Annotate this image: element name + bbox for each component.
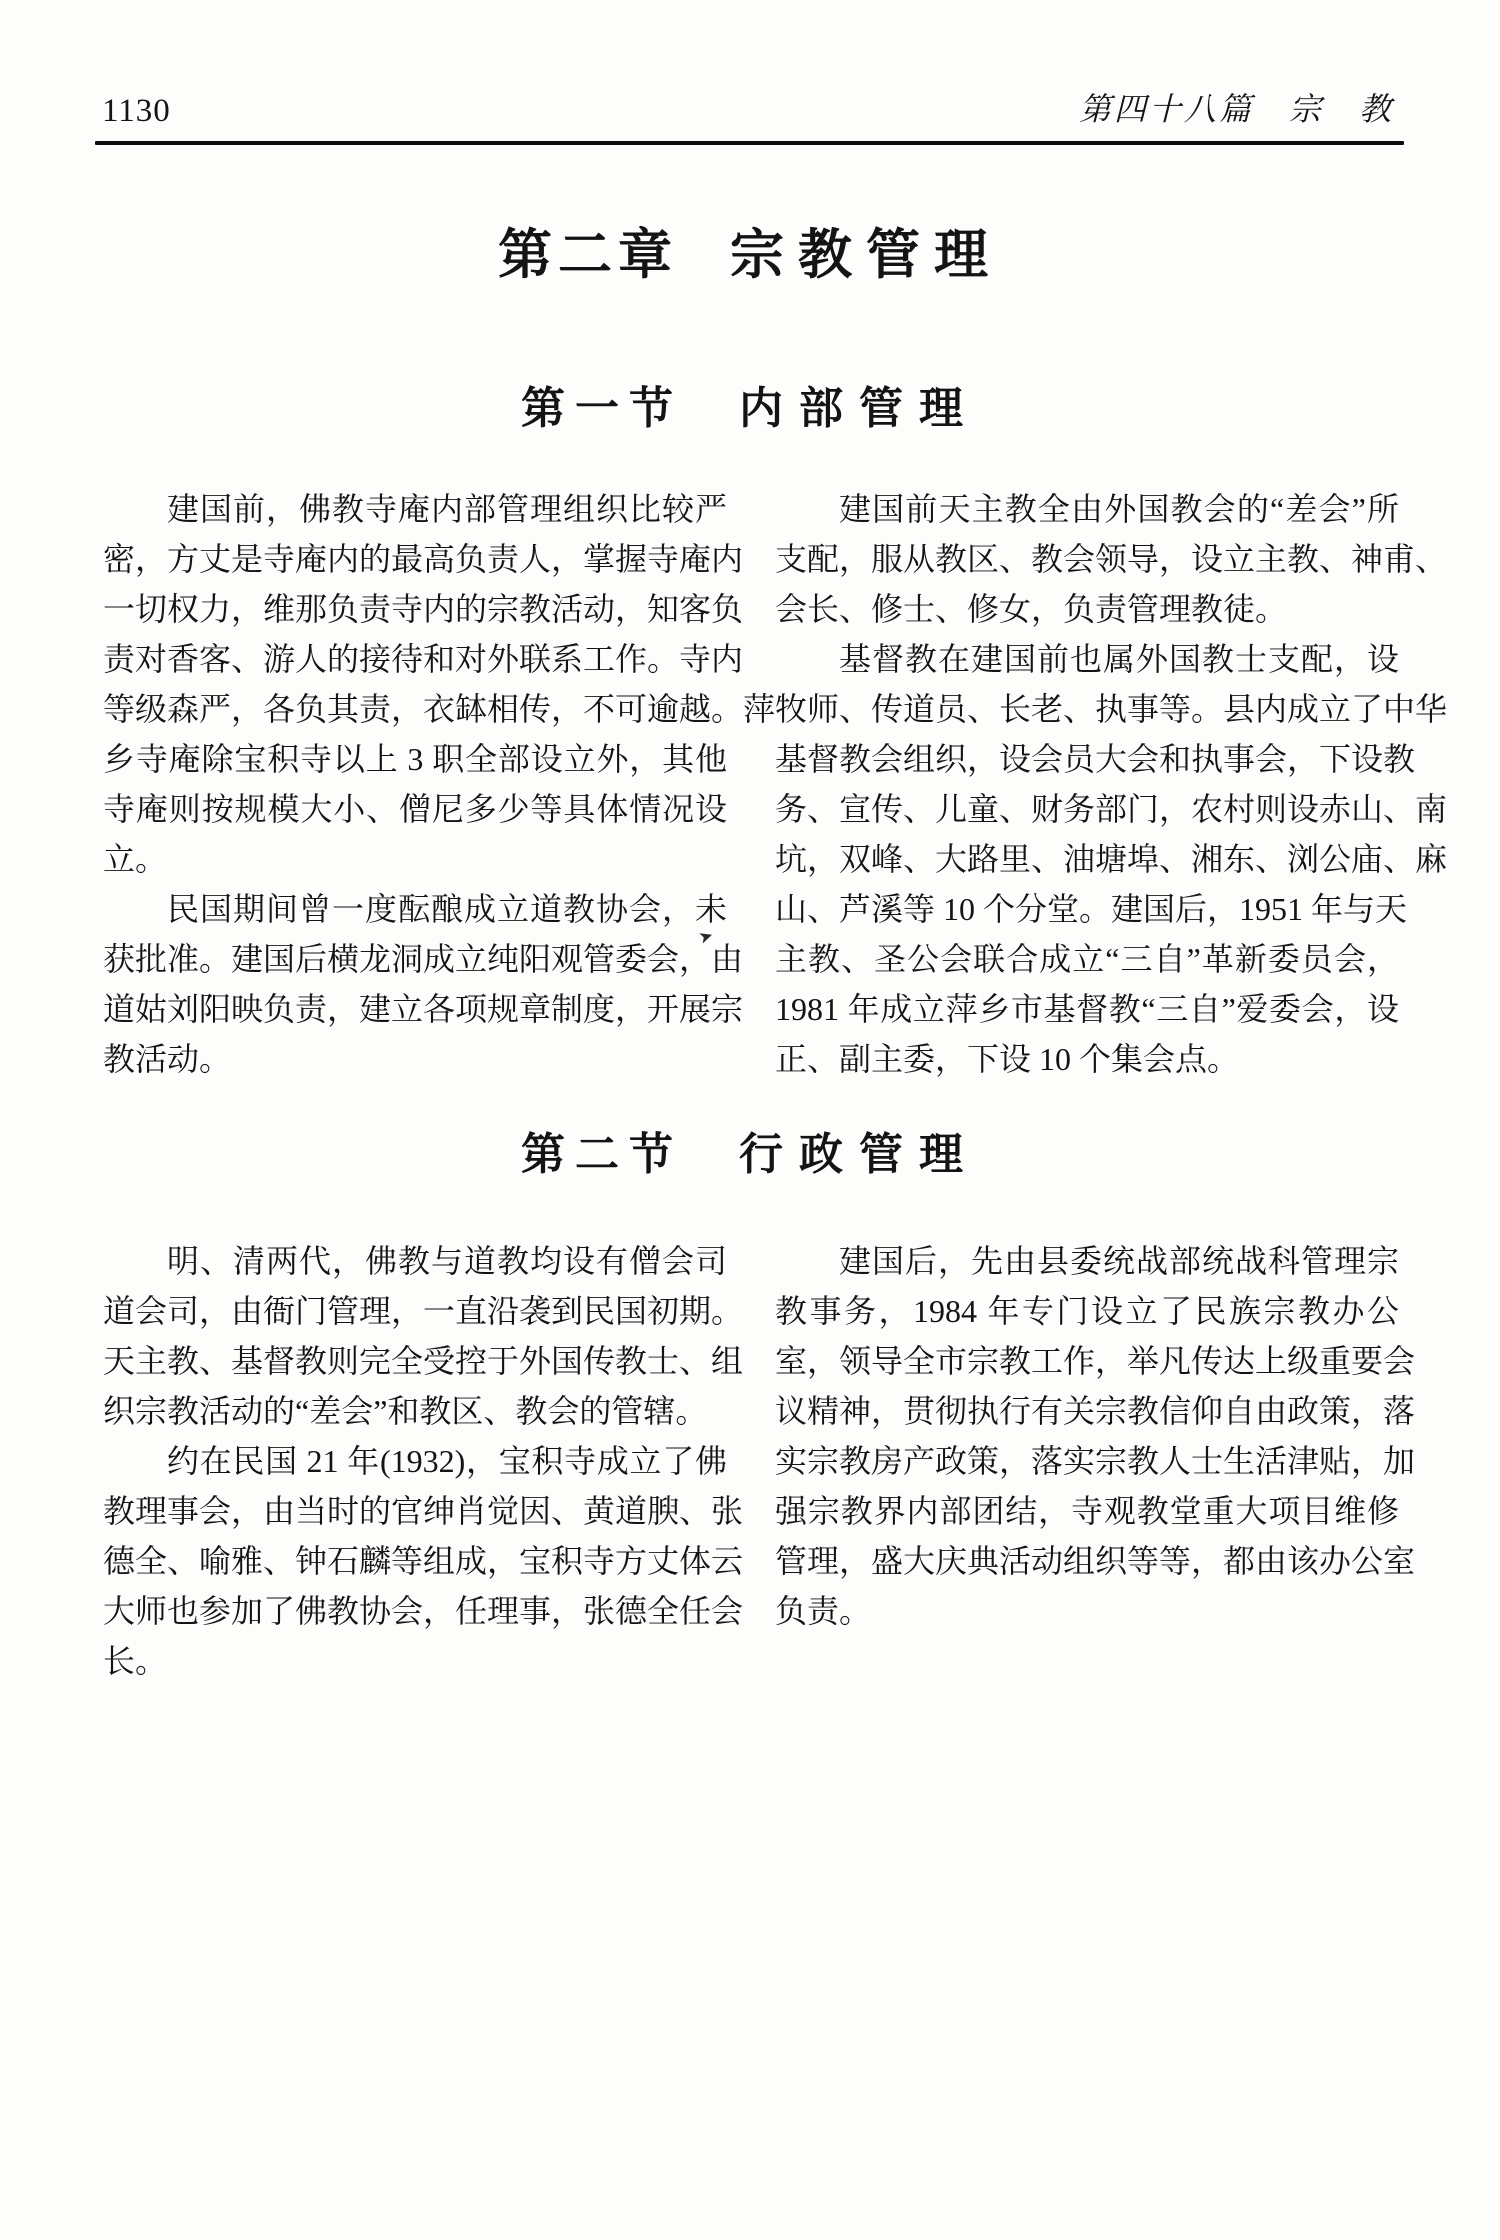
text-line: 一切权力，维那负责寺内的宗教活动，知客负 bbox=[103, 584, 727, 634]
text-line: 织宗教活动的“差会”和教区、教会的管辖。 bbox=[103, 1386, 727, 1436]
text-line: 长。 bbox=[103, 1636, 727, 1686]
text-line: 室，领导全市宗教工作，举凡传达上级重要会 bbox=[775, 1336, 1399, 1386]
section-1-right-column: 建国前天主教全由外国教会的“差会”所支配，服从教区、教会领导，设立主教、神甫、会… bbox=[775, 484, 1399, 1084]
text-line: 主教、圣公会联合成立“三自”革新委员会， bbox=[775, 934, 1399, 984]
text-line: 道姑刘阳映负责，建立各项规章制度，开展宗 bbox=[103, 984, 727, 1034]
text-line: 德全、喻雅、钟石麟等组成，宝积寺方丈体云 bbox=[103, 1536, 727, 1586]
text-line: 会长、修士、修女，负责管理教徒。 bbox=[775, 584, 1399, 634]
text-line: 建国后，先由县委统战部统战科管理宗 bbox=[775, 1236, 1399, 1286]
running-head: 第四十八篇 宗 教 bbox=[1079, 84, 1394, 130]
text-line: 大师也参加了佛教协会，任理事，张德全任会 bbox=[103, 1586, 727, 1636]
section-1-heading: 第一节内部管理 bbox=[0, 372, 1500, 436]
text-line: 管理，盛大庆典活动组织等等，都由该办公室 bbox=[775, 1536, 1399, 1586]
page-header: 1130 第四十八篇 宗 教 bbox=[102, 84, 1394, 130]
text-line: 基督教在建国前也属外国教士支配，设 bbox=[775, 634, 1399, 684]
header-divider bbox=[95, 141, 1404, 145]
text-line: 教事务，1984 年专门设立了民族宗教办公 bbox=[775, 1286, 1399, 1336]
text-line: 1981 年成立萍乡市基督教“三自”爱委会，设 bbox=[775, 984, 1399, 1034]
section-1-label: 第一节 bbox=[521, 384, 683, 433]
section-2-right-column: 建国后，先由县委统战部统战科管理宗教事务，1984 年专门设立了民族宗教办公室，… bbox=[775, 1236, 1399, 1686]
text-line: 坑，双峰、大路里、油塘埠、湘东、浏公庙、麻 bbox=[775, 834, 1399, 884]
section-1-left-column: 建国前，佛教寺庵内部管理组织比较严密，方丈是寺庵内的最高负责人，掌握寺庵内一切权… bbox=[103, 484, 727, 1084]
section-2-heading: 第二节行政管理 bbox=[0, 1118, 1500, 1182]
text-line: 明、清两代，佛教与道教均设有僧会司 bbox=[103, 1236, 727, 1286]
text-line: 议精神，贯彻执行有关宗教信仰自由政策，落 bbox=[775, 1386, 1399, 1436]
text-line: 建国前天主教全由外国教会的“差会”所 bbox=[775, 484, 1399, 534]
scanned-book-page: 1130 第四十八篇 宗 教 第二章宗教管理 第一节内部管理 建国前，佛教寺庵内… bbox=[0, 0, 1500, 2240]
text-line: 务、宣传、儿童、财务部门，农村则设赤山、南 bbox=[775, 784, 1399, 834]
text-line: 牧师、传道员、长老、执事等。县内成立了中华 bbox=[775, 684, 1399, 734]
section-2-label: 第二节 bbox=[521, 1130, 683, 1179]
text-line: 获批准。建国后横龙洞成立纯阳观管委会，由 bbox=[103, 934, 727, 984]
section-2-left-column: 明、清两代，佛教与道教均设有僧会司道会司，由衙门管理，一直沿袭到民国初期。天主教… bbox=[103, 1236, 727, 1686]
text-line: 负责。 bbox=[775, 1586, 1399, 1636]
section-1-title: 内部管理 bbox=[739, 384, 979, 433]
section-2-title: 行政管理 bbox=[739, 1130, 979, 1179]
text-line: 强宗教界内部团结，寺观教堂重大项目维修 bbox=[775, 1486, 1399, 1536]
text-line: 乡寺庵除宝积寺以上 3 职全部设立外，其他 bbox=[103, 734, 727, 784]
chapter-title: 宗教管理 bbox=[730, 225, 1002, 285]
chapter-label: 第二章 bbox=[498, 225, 678, 285]
text-line: 基督教会组织，设会员大会和执事会，下设教 bbox=[775, 734, 1399, 784]
text-line: 建国前，佛教寺庵内部管理组织比较严 bbox=[103, 484, 727, 534]
text-line: 山、芦溪等 10 个分堂。建国后，1951 年与天 bbox=[775, 884, 1399, 934]
text-line: 正、副主委，下设 10 个集会点。 bbox=[775, 1034, 1399, 1084]
text-line: 寺庵则按规模大小、僧尼多少等具体情况设 bbox=[103, 784, 727, 834]
text-line: 等级森严，各负其责，衣缽相传，不可逾越。萍 bbox=[103, 684, 727, 734]
text-line: 教理事会，由当时的官绅肖觉因、黄道腴、张 bbox=[103, 1486, 727, 1536]
text-line: 天主教、基督教则完全受控于外国传教士、组 bbox=[103, 1336, 727, 1386]
text-line: 道会司，由衙门管理，一直沿袭到民国初期。 bbox=[103, 1286, 727, 1336]
text-line: 教活动。 bbox=[103, 1034, 727, 1084]
section-1-body: 建国前，佛教寺庵内部管理组织比较严密，方丈是寺庵内的最高负责人，掌握寺庵内一切权… bbox=[103, 484, 1399, 1084]
page-number: 1130 bbox=[102, 93, 171, 130]
text-line: 责对香客、游人的接待和对外联系工作。寺内 bbox=[103, 634, 727, 684]
text-line: 约在民国 21 年(1932)，宝积寺成立了佛 bbox=[103, 1436, 727, 1486]
section-2-body: 明、清两代，佛教与道教均设有僧会司道会司，由衙门管理，一直沿袭到民国初期。天主教… bbox=[103, 1236, 1399, 1686]
text-line: 支配，服从教区、教会领导，设立主教、神甫、 bbox=[775, 534, 1399, 584]
text-line: 民国期间曾一度酝酿成立道教协会，未 bbox=[103, 884, 727, 934]
text-line: 立。 bbox=[103, 834, 727, 884]
text-line: 密，方丈是寺庵内的最高负责人，掌握寺庵内 bbox=[103, 534, 727, 584]
chapter-heading: 第二章宗教管理 bbox=[0, 212, 1500, 289]
text-line: 实宗教房产政策，落实宗教人士生活津贴，加 bbox=[775, 1436, 1399, 1486]
